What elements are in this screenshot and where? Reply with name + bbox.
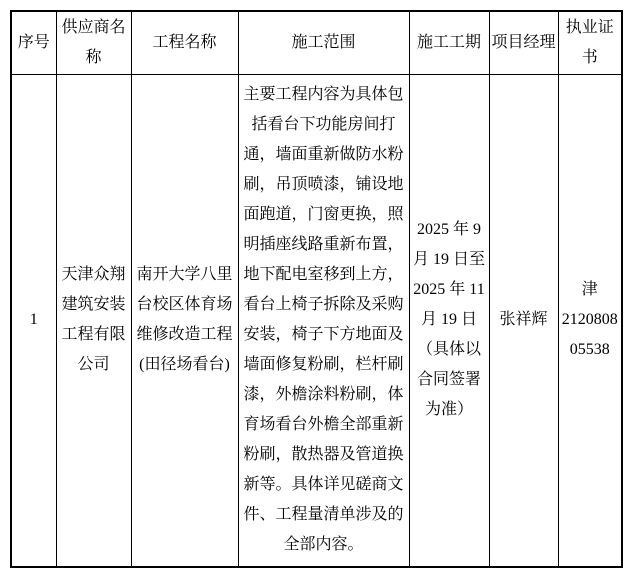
cell-project-name: 南开大学八里台校区体育场维修改造工程(田径场看台) (131, 75, 238, 567)
header-project-name: 工程名称 (131, 11, 238, 75)
table-header-row: 序号 供应商名称 工程名称 施工范围 施工工期 项目经理 执业证书 (11, 11, 622, 75)
header-serial-number: 序号 (11, 11, 56, 75)
table-row: 1 天津众翔建筑安装工程有限公司 南开大学八里台校区体育场维修改造工程(田径场看… (11, 75, 622, 567)
cell-supplier-name: 天津众翔建筑安装工程有限公司 (56, 75, 131, 567)
page: 序号 供应商名称 工程名称 施工范围 施工工期 项目经理 执业证书 1 天津众翔… (0, 0, 631, 575)
header-practice-certificate: 执业证书 (558, 11, 622, 75)
cell-project-manager: 张祥辉 (489, 75, 558, 567)
header-construction-period: 施工工期 (409, 11, 489, 75)
cell-construction-scope: 主要工程内容为具体包括看台下功能房间打通，墙面重新做防水粉刷，吊顶喷漆，铺设地面… (238, 75, 409, 567)
header-construction-scope: 施工范围 (238, 11, 409, 75)
cell-construction-period: 2025 年 9 月 19 日至 2025 年 11 月 19 日（具体以合同签… (409, 75, 489, 567)
header-project-manager: 项目经理 (489, 11, 558, 75)
cell-serial-number: 1 (11, 75, 56, 567)
result-table: 序号 供应商名称 工程名称 施工范围 施工工期 项目经理 执业证书 1 天津众翔… (10, 10, 623, 568)
header-supplier-name: 供应商名称 (56, 11, 131, 75)
cell-practice-certificate: 津 212080805538 (558, 75, 622, 567)
